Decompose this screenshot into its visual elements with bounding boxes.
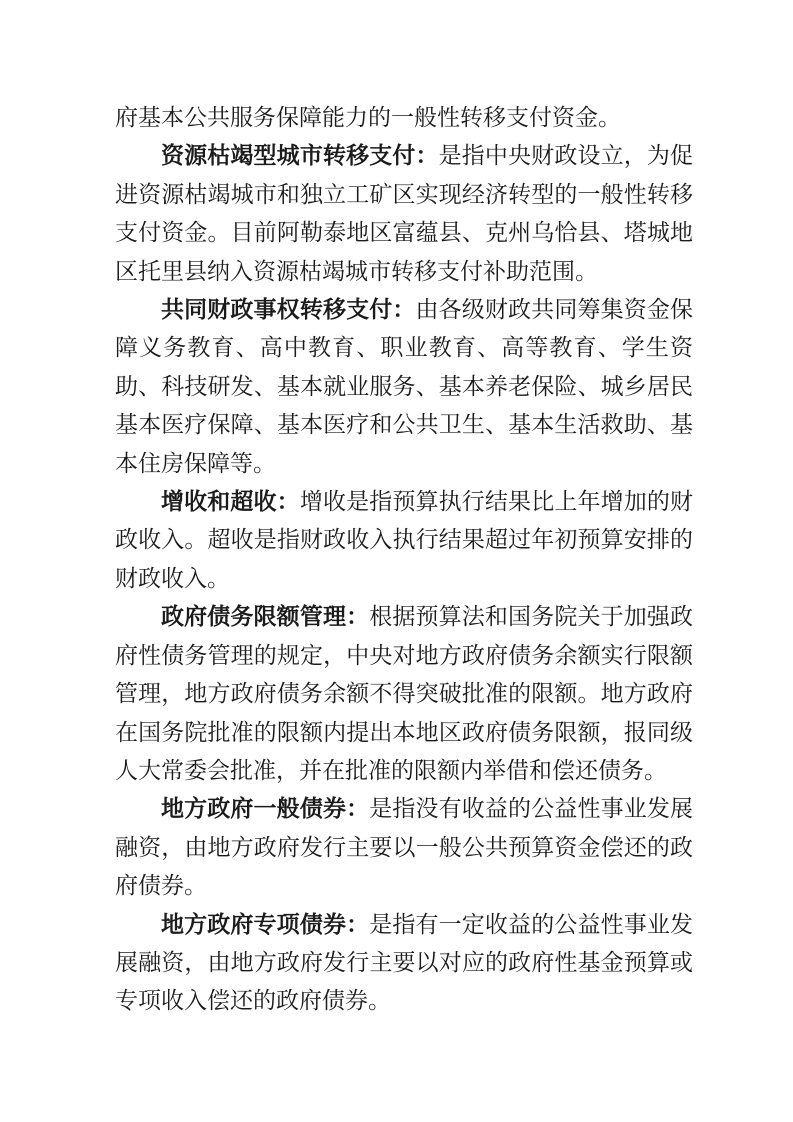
- paragraph-continuation: 府基本公共服务保障能力的一般性转移支付资金。: [115, 99, 693, 137]
- document-page: 府基本公共服务保障能力的一般性转移支付资金。 资源枯竭型城市转移支付：是指中央财…: [0, 0, 793, 1122]
- paragraph-revenue-increase-and-surplus: 增收和超收：增收是指预算执行结果比上年增加的财政收入。超收是指财政收入执行结果超…: [115, 483, 693, 598]
- paragraph-term: 共同财政事权转移支付：: [161, 297, 416, 322]
- paragraph-term: 资源枯竭型城市转移支付：: [161, 143, 439, 168]
- paragraph-body: 根据预算法和国务院关于加强政府性债务管理的规定，中央对地方政府债务余额实行限额管…: [115, 604, 693, 783]
- paragraph-term: 地方政府专项债券：: [161, 912, 369, 937]
- paragraph-term: 增收和超收：: [161, 489, 300, 514]
- paragraph-local-government-special-bonds: 地方政府专项债券：是指有一定收益的公益性事业发展融资，由地方政府发行主要以对应的…: [115, 906, 693, 1021]
- paragraph-term: 地方政府一般债券：: [161, 796, 369, 821]
- paragraph-government-debt-limit-management: 政府债务限额管理：根据预算法和国务院关于加强政府性债务管理的规定，中央对地方政府…: [115, 598, 693, 790]
- paragraph-shared-fiscal-authority-transfer: 共同财政事权转移支付：由各级财政共同筹集资金保障义务教育、高中教育、职业教育、高…: [115, 291, 693, 483]
- paragraph-local-government-general-bonds: 地方政府一般债券：是指没有收益的公益性事业发展融资，由地方政府发行主要以一般公共…: [115, 790, 693, 905]
- paragraph-term: 政府债务限额管理：: [161, 604, 369, 629]
- paragraph-body: 由各级财政共同筹集资金保障义务教育、高中教育、职业教育、高等教育、学生资助、科技…: [115, 297, 693, 476]
- paragraph-body: 府基本公共服务保障能力的一般性转移支付资金。: [115, 105, 621, 130]
- paragraph-resource-depleted-city-transfer: 资源枯竭型城市转移支付：是指中央财政设立，为促进资源枯竭城市和独立工矿区实现经济…: [115, 137, 693, 291]
